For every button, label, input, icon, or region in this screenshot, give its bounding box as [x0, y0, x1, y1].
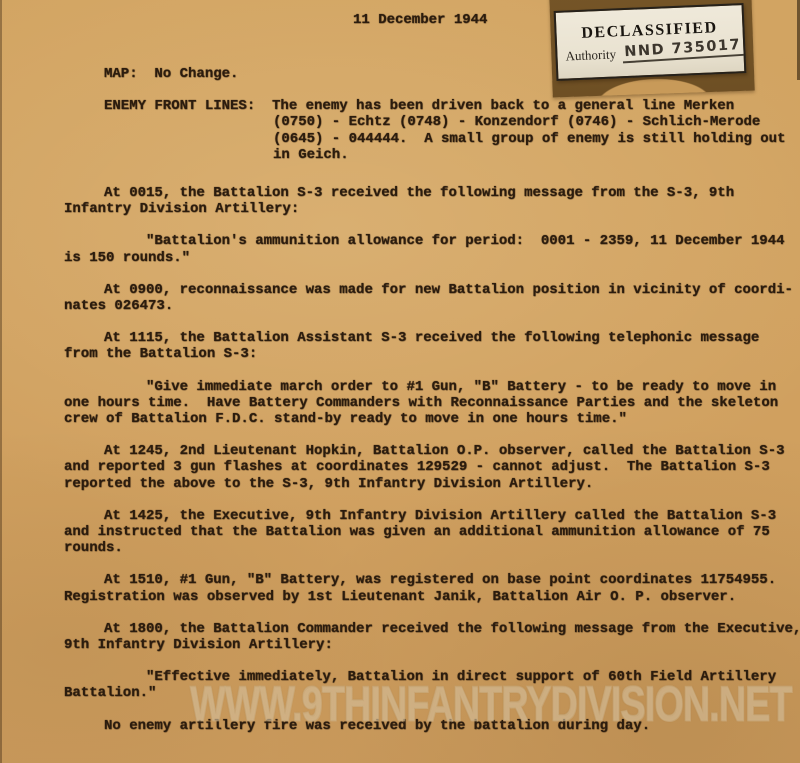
stamp-authority-handwritten-value: NND 735017 — [621, 37, 743, 64]
paragraph: At 0900, reconnaissance was made for new… — [64, 282, 800, 314]
text-line: At 1510, #1 Gun, "B" Battery, was regist… — [64, 572, 800, 588]
text-line: At 1800, the Battalion Commander receive… — [64, 621, 800, 637]
paragraph: "Battalion's ammunition allowance for pe… — [64, 233, 800, 265]
text-line: rounds. — [64, 540, 800, 556]
paragraph: At 0015, the Battalion S-3 received the … — [64, 185, 800, 217]
text-line: (0750) - Echtz (0748) - Konzendorf (0746… — [64, 114, 800, 130]
text-line: At 1245, 2nd Lieutenant Hopkin, Battalio… — [64, 443, 800, 459]
text-line: reported the above to the S-3, 9th Infan… — [64, 476, 800, 492]
website-watermark: WWW.9THINFANTRYDIVISION.NET — [190, 696, 792, 713]
text-line: (0645) - 044444. A small group of enemy … — [64, 131, 800, 147]
scanned-document-page: 11 December 1944 DECLASSIFIED Authority … — [0, 0, 800, 763]
stamp-title: DECLASSIFIED — [581, 20, 718, 42]
text-line: and instructed that the Battalion was gi… — [64, 524, 800, 540]
text-line: "Battalion's ammunition allowance for pe… — [64, 233, 800, 249]
paragraph: At 1510, #1 Gun, "B" Battery, was regist… — [64, 572, 800, 604]
text-line: in Geich. — [64, 147, 800, 163]
paragraph: At 1425, the Executive, 9th Infantry Div… — [64, 508, 800, 557]
paragraph: At 1800, the Battalion Commander receive… — [64, 621, 800, 653]
text-line: Registration was observed by 1st Lieuten… — [64, 589, 800, 605]
document-date: 11 December 1944 — [353, 12, 487, 28]
text-line: At 1425, the Executive, 9th Infantry Div… — [64, 508, 800, 524]
paragraph: At 1115, the Battalion Assistant S-3 rec… — [64, 330, 800, 362]
text-line: At 1115, the Battalion Assistant S-3 rec… — [64, 330, 800, 346]
text-line: one hours time. Have Battery Commanders … — [64, 395, 800, 411]
text-line: At 0900, reconnaissance was made for new… — [64, 282, 800, 298]
scan-left-edge — [0, 0, 2, 763]
text-line: nates 026473. — [64, 298, 800, 314]
paragraph: ENEMY FRONT LINES: The enemy has been dr… — [64, 98, 800, 163]
paragraph: At 1245, 2nd Lieutenant Hopkin, Battalio… — [64, 443, 800, 492]
stamp-authority-row: Authority NND 735017 — [565, 38, 736, 64]
text-line: Infantry Division Artillery: — [64, 201, 800, 217]
text-line: 9th Infantry Division Artillery: — [64, 637, 800, 653]
paragraph: MAP: No Change. — [64, 66, 800, 82]
paragraph: "Give immediate march order to #1 Gun, "… — [64, 379, 800, 428]
text-line: from the Battalion S-3: — [64, 346, 800, 362]
text-line: ENEMY FRONT LINES: The enemy has been dr… — [64, 98, 800, 114]
text-line: MAP: No Change. — [64, 66, 800, 82]
text-line: "Give immediate march order to #1 Gun, "… — [64, 379, 800, 395]
text-line: and reported 3 gun flashes at coordinate… — [64, 459, 800, 475]
text-line: is 150 rounds." — [64, 250, 800, 266]
stamp-authority-label: Authority — [565, 46, 616, 64]
document-body: MAP: No Change.ENEMY FRONT LINES: The en… — [64, 66, 800, 750]
text-line: At 0015, the Battalion S-3 received the … — [64, 185, 800, 201]
text-line: crew of Battalion F.D.C. stand-by ready … — [64, 411, 800, 427]
